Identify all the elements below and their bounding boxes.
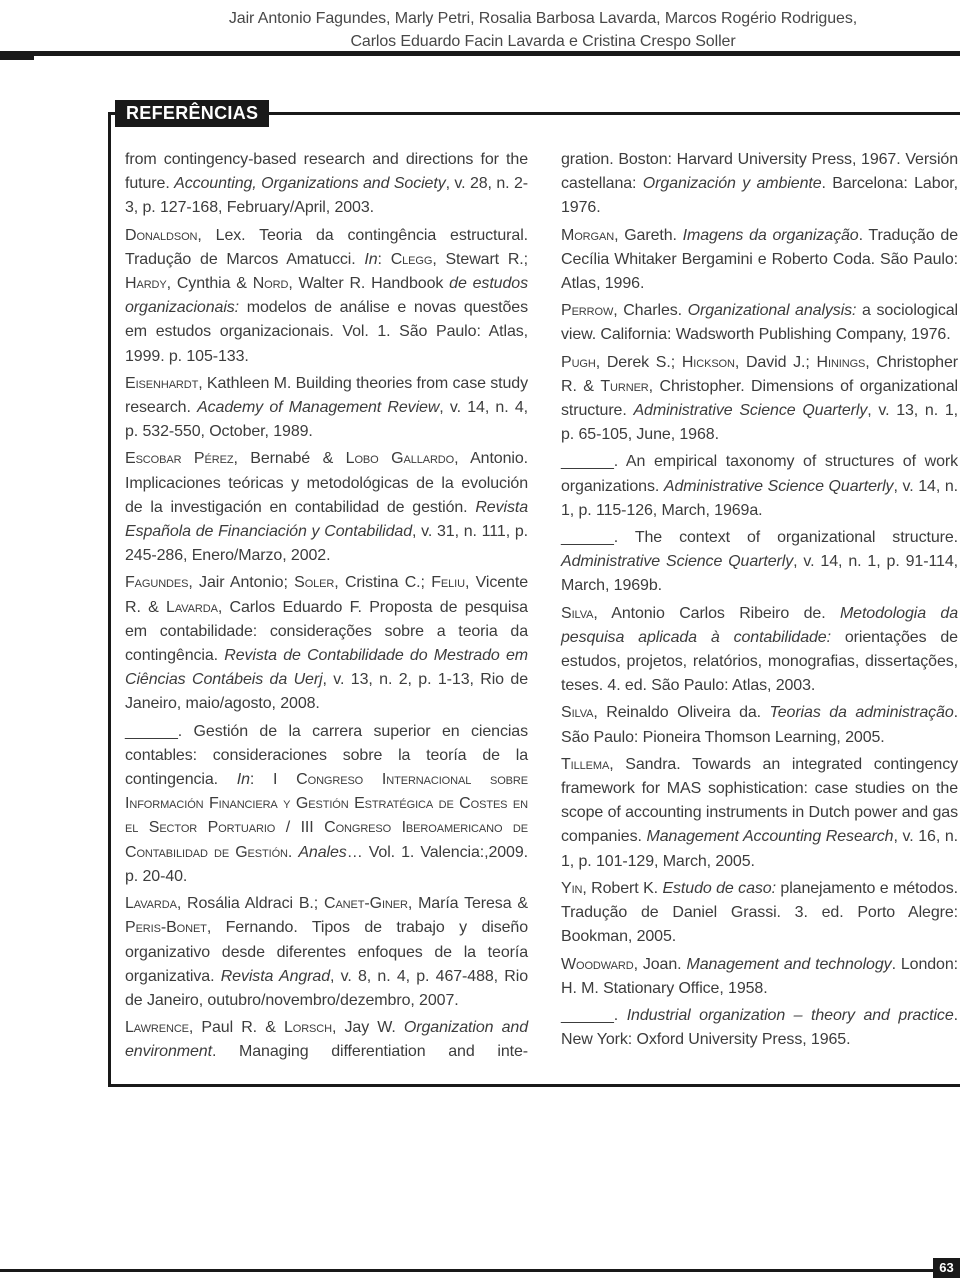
reference-segment: Imagens da organização: [683, 227, 859, 244]
reference-segment: . Managing differentiation and inte-: [212, 1043, 528, 1060]
reference-entry: Silva, Antonio Carlos Ribeiro de. Metodo…: [561, 602, 958, 699]
reference-segment: Escobar Pérez: [125, 450, 233, 467]
reference-segment: Lobo Gallardo: [346, 450, 454, 467]
reference-segment: Hinings: [817, 354, 866, 371]
reference-entry: Woodward, Joan. Management and technolog…: [561, 953, 958, 1001]
reference-segment: Administrative Science Quarterly: [633, 402, 867, 419]
reference-segment: Management Accounting Research: [647, 828, 894, 845]
reference-segment: , Cynthia &: [167, 275, 253, 292]
reference-segment: / III: [275, 819, 324, 836]
reference-segment: Silva: [561, 605, 593, 622]
reference-segment: , Joan.: [634, 956, 687, 973]
reference-segment: Organizational analysis:: [688, 302, 857, 319]
reference-segment: Hardy: [125, 275, 167, 292]
reference-segment: Academy of Management Review: [197, 399, 439, 416]
reference-segment: In: [364, 251, 377, 268]
reference-segment: Teorias da administração: [770, 704, 954, 721]
reference-segment: , Cristina C.;: [334, 574, 431, 591]
reference-segment: Nord: [253, 275, 289, 292]
reference-segment: , Derek S.;: [596, 354, 682, 371]
reference-segment: , Rosália Aldraci B.;: [177, 895, 324, 912]
reference-entry: from contingency-based research and dire…: [125, 148, 528, 221]
reference-entry: Lavarda, Rosália Aldraci B.; Canet-Giner…: [125, 892, 528, 1013]
reference-segment: Lavarda: [166, 599, 218, 616]
reference-segment: Tillema: [561, 756, 609, 773]
reference-segment: Organización y ambiente: [643, 175, 822, 192]
reference-segment: Morgan: [561, 227, 614, 244]
reference-segment: , Paul R. &: [189, 1019, 284, 1036]
reference-segment: Administrative Science Quarterly: [664, 478, 894, 495]
reference-segment: Industrial organization – theory and pra…: [627, 1007, 954, 1024]
reference-segment: Silva: [561, 704, 593, 721]
reference-segment: , Jair Antonio;: [188, 574, 294, 591]
reference-segment: Accounting, Organizations and Society: [174, 175, 445, 192]
reference-segment: , Charles.: [613, 302, 687, 319]
reference-entry: Tillema, Sandra. Towards an integrated c…: [561, 753, 958, 874]
reference-segment: Canet-Giner: [324, 895, 408, 912]
reference-segment: , David J.;: [735, 354, 817, 371]
reference-entry: Lawrence, Paul R. & Lorsch, Jay W. Organ…: [125, 1016, 528, 1064]
reference-segment: , Antonio Carlos Ribeiro de.: [593, 605, 840, 622]
references-columns: from contingency-based research and dire…: [111, 115, 960, 1084]
reference-segment: Woodward: [561, 956, 634, 973]
references-frame: from contingency-based research and dire…: [108, 112, 960, 1087]
section-title: REFERÊNCIAS: [115, 100, 269, 127]
reference-segment: Perrow: [561, 302, 613, 319]
reference-segment: , Bernabé &: [233, 450, 345, 467]
reference-entry: Pugh, Derek S.; Hickson, David J.; Hinin…: [561, 351, 958, 448]
reference-segment: Estudo de caso:: [662, 880, 775, 897]
authors-line-1: Jair Antonio Fagundes, Marly Petri, Rosa…: [126, 7, 960, 30]
reference-segment: .: [288, 844, 298, 861]
reference-segment: Donaldson: [125, 227, 197, 244]
reference-segment: : I: [250, 771, 296, 788]
reference-segment: Feliu: [431, 574, 465, 591]
reference-entry: Perrow, Charles. Organizational analysis…: [561, 299, 958, 347]
reference-entry: Donaldson, Lex. Teoria da contingência e…: [125, 224, 528, 369]
reference-entry: ______. The context of organizational st…: [561, 526, 958, 599]
reference-segment: Hickson: [682, 354, 735, 371]
reference-segment: , María Teresa &: [408, 895, 528, 912]
reference-segment: :: [378, 251, 391, 268]
page-header-authors: Jair Antonio Fagundes, Marly Petri, Rosa…: [126, 7, 960, 53]
page-number-badge: 63: [933, 1258, 960, 1278]
reference-segment: , Walter R. Handbook: [288, 275, 449, 292]
reference-entry: gration. Boston: Harvard University Pres…: [561, 148, 958, 221]
authors-line-2: Carlos Eduardo Facin Lavarda e Cristina …: [126, 30, 960, 53]
references-left-column: from contingency-based research and dire…: [125, 148, 528, 1068]
reference-segment: Lavarda: [125, 895, 177, 912]
reference-entry: Morgan, Gareth. Imagens da organização. …: [561, 224, 958, 297]
reference-segment: In: [237, 771, 250, 788]
reference-segment: Turner: [600, 378, 648, 395]
reference-segment: , Reinaldo Oliveira da.: [593, 704, 769, 721]
reference-entry: ______. Gestión de la carrera superior e…: [125, 720, 528, 889]
reference-segment: , Gareth.: [614, 227, 683, 244]
reference-segment: , Jay W.: [332, 1019, 404, 1036]
header-rule: [0, 51, 960, 56]
reference-segment: ______.: [561, 1007, 627, 1024]
reference-segment: Peris-Bonet: [125, 919, 207, 936]
reference-entry: Escobar Pérez, Bernabé & Lobo Gallardo, …: [125, 447, 528, 568]
reference-segment: Pugh: [561, 354, 596, 371]
reference-segment: Fagundes: [125, 574, 188, 591]
reference-segment: Yin: [561, 880, 582, 897]
reference-entry: Fagundes, Jair Antonio; Soler, Cristina …: [125, 571, 528, 716]
reference-segment: Lorsch: [284, 1019, 332, 1036]
reference-segment: Anales: [298, 844, 346, 861]
reference-entry: Silva, Reinaldo Oliveira da. Teorias da …: [561, 701, 958, 749]
reference-segment: Revista Angrad: [221, 968, 330, 985]
reference-segment: Management and technology: [686, 956, 891, 973]
footer-rule: [0, 1269, 960, 1272]
reference-segment: Soler: [294, 574, 334, 591]
reference-entry: Yin, Robert K. Estudo de caso: planejame…: [561, 877, 958, 950]
reference-entry: Eisenhardt, Kathleen M. Building theorie…: [125, 372, 528, 445]
header-rule-stub: [0, 56, 34, 60]
reference-segment: ______. The context of organizational st…: [561, 529, 958, 546]
reference-segment: Administrative Science Quarterly: [561, 553, 793, 570]
reference-segment: Clegg: [391, 251, 433, 268]
references-right-column: gration. Boston: Harvard University Pres…: [561, 148, 958, 1068]
reference-entry: ______. An empirical taxonomy of structu…: [561, 450, 958, 523]
reference-segment: Eisenhardt: [125, 375, 198, 392]
reference-segment: Lawrence: [125, 1019, 189, 1036]
reference-segment: , Stewart R.;: [432, 251, 528, 268]
reference-segment: , Robert K.: [582, 880, 662, 897]
reference-entry: ______. Industrial organization – theory…: [561, 1004, 958, 1052]
